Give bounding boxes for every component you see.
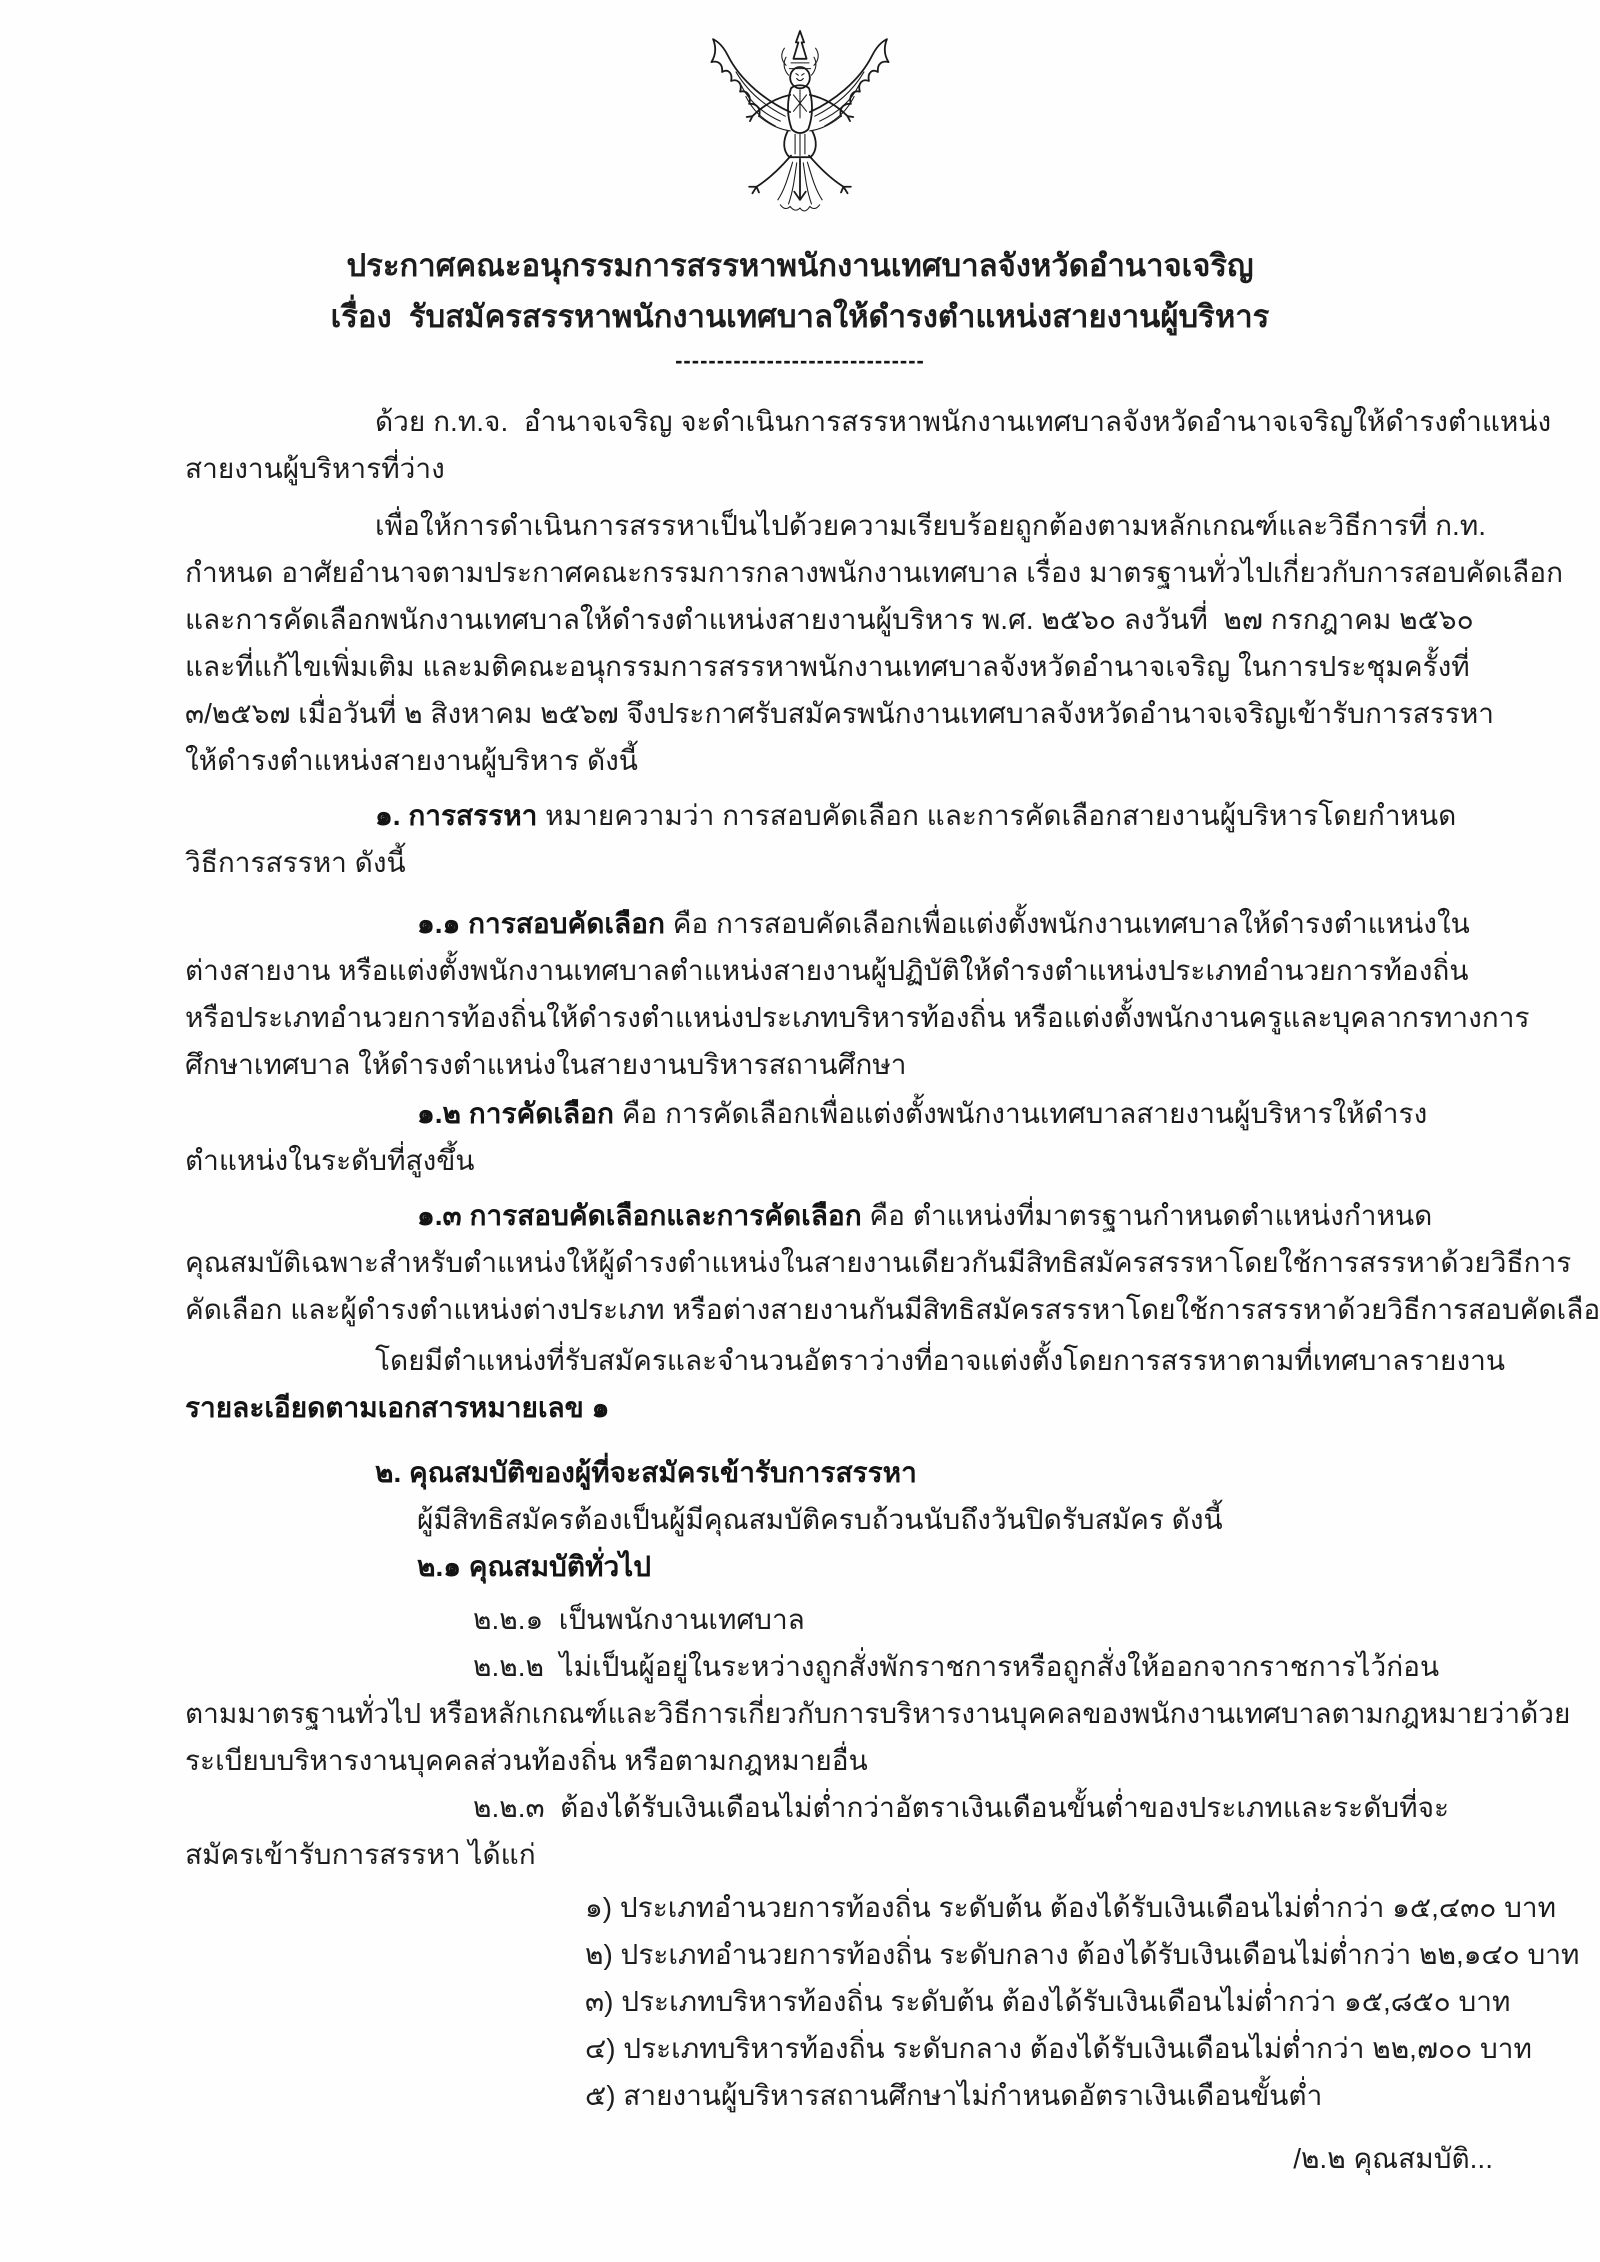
text-segment: คัดเลือก และผู้ดำรงตำแหน่งต่างประเภท หรื… <box>185 1294 1600 1325</box>
text-line: ตำแหน่งในระดับที่สูงขึ้น <box>185 1137 1504 1184</box>
text-segment: ๒.๒.๑ เป็นพนักงานเทศบาล <box>473 1604 805 1635</box>
subject-line: เรื่อง รับสมัครสรรหาพนักงานเทศบาลให้ดำรง… <box>0 291 1600 342</box>
text-line: ๒. คุณสมบัติของผู้ที่จะสมัครเข้ารับการสร… <box>185 1449 1504 1496</box>
text-segment: หรือประเภทอำนวยการท้องถิ่นให้ดำรงตำแหน่ง… <box>185 1002 1529 1033</box>
text-line: คุณสมบัติเฉพาะสำหรับตำแหน่งให้ผู้ดำรงตำแ… <box>185 1239 1504 1286</box>
text-segment: ให้ดำรงตำแหน่งสายงานผู้บริหาร ดังนี้ <box>185 745 638 776</box>
text-line: ระเบียบบริหารงานบุคคลส่วนท้องถิ่น หรือตา… <box>185 1737 1504 1784</box>
text-line: ผู้มีสิทธิสมัครต้องเป็นผู้มีคุณสมบัติครบ… <box>185 1496 1504 1543</box>
text-segment: หมายความว่า การสอบคัดเลือก และการคัดเลือ… <box>537 800 1456 831</box>
text-line: ๒.๒.๒ ไม่เป็นผู้อยู่ในระหว่างถูกสั่งพักร… <box>185 1643 1504 1690</box>
text-segment: และที่แก้ไขเพิ่มเติม และมติคณะอนุกรรมการ… <box>185 651 1470 682</box>
text-segment: ๒) ประเภทอำนวยการท้องถิ่น ระดับกลาง ต้อง… <box>585 1939 1580 1970</box>
text-segment: ต่างสายงาน หรือแต่งตั้งพนักงานเทศบาลตำแห… <box>185 955 1469 986</box>
text-segment: ศึกษาเทศบาล ให้ดำรงตำแหน่งในสายงานบริหาร… <box>185 1049 907 1080</box>
text-segment: ๒.๒.๓ ต้องได้รับเงินเดือนไม่ต่ำกว่าอัตรา… <box>473 1792 1449 1823</box>
text-segment: วิธีการสรรหา ดังนี้ <box>185 847 406 878</box>
text-segment: คือ การคัดเลือกเพื่อแต่งตั้งพนักงานเทศบา… <box>614 1098 1427 1129</box>
text-line: ๑) ประเภทอำนวยการท้องถิ่น ระดับต้น ต้องไ… <box>185 1884 1504 1931</box>
text-segment: คือ ตำแหน่งที่มาตรฐานกำหนดตำแหน่งกำหนด <box>862 1200 1433 1231</box>
bold-text-segment: ๑.๑ การสอบคัดเลือก <box>417 908 665 939</box>
bold-text-segment: ๑.๓ การสอบคัดเลือกและการคัดเลือก <box>417 1200 862 1231</box>
separator-dashes: ------------------------------ <box>0 346 1600 376</box>
text-segment: และการคัดเลือกพนักงานเทศบาลให้ดำรงตำแหน่… <box>185 604 1474 635</box>
garuda-emblem-icon <box>675 26 925 231</box>
text-segment: กำหนด อาศัยอำนาจตามประกาศคณะกรรมการกลางพ… <box>185 557 1563 588</box>
bold-text-segment: ๒.๑ คุณสมบัติทั่วไป <box>417 1551 651 1582</box>
bold-text-segment: ๑.๒ การคัดเลือก <box>417 1098 614 1129</box>
text-line: ๑. การสรรหา หมายความว่า การสอบคัดเลือก แ… <box>185 792 1504 839</box>
page-title: ประกาศคณะอนุกรรมการสรรหาพนักงานเทศบาลจัง… <box>0 240 1600 291</box>
text-line: ให้ดำรงตำแหน่งสายงานผู้บริหาร ดังนี้ <box>185 737 1504 784</box>
text-line: เพื่อให้การดำเนินการสรรหาเป็นไปด้วยความเ… <box>185 502 1504 549</box>
text-line: ๓) ประเภทบริหารท้องถิ่น ระดับต้น ต้องได้… <box>185 1978 1504 2025</box>
bold-text-segment: ๒. คุณสมบัติของผู้ที่จะสมัครเข้ารับการสร… <box>375 1457 917 1488</box>
text-line: ๑.๑ การสอบคัดเลือก คือ การสอบคัดเลือกเพื… <box>185 900 1504 947</box>
text-segment: ๕) สายงานผู้บริหารสถานศึกษาไม่กำหนดอัตรา… <box>585 2080 1322 2111</box>
bold-text-segment: รายละเอียดตามเอกสารหมายเลข ๑ <box>185 1392 609 1423</box>
text-line: สายงานผู้บริหารที่ว่าง <box>185 445 1504 492</box>
footer-continuation-note: /๒.๒ คุณสมบัติ... <box>0 2137 1600 2181</box>
text-line: หรือประเภทอำนวยการท้องถิ่นให้ดำรงตำแหน่ง… <box>185 994 1504 1041</box>
document-body: ด้วย ก.ท.จ. อำนาจเจริญ จะดำเนินการสรรหาพ… <box>0 376 1600 2119</box>
text-line: ๒.๑ คุณสมบัติทั่วไป <box>185 1543 1504 1590</box>
bold-text-segment: ๑. การสรรหา <box>375 800 537 831</box>
text-segment: ๔) ประเภทบริหารท้องถิ่น ระดับกลาง ต้องได… <box>585 2033 1532 2064</box>
text-line: ๒) ประเภทอำนวยการท้องถิ่น ระดับกลาง ต้อง… <box>185 1931 1504 1978</box>
text-line: ๔) ประเภทบริหารท้องถิ่น ระดับกลาง ต้องได… <box>185 2025 1504 2072</box>
document-header: ประกาศคณะอนุกรรมการสรรหาพนักงานเทศบาลจัง… <box>0 240 1600 342</box>
text-line: ๑.๒ การคัดเลือก คือ การคัดเลือกเพื่อแต่ง… <box>185 1090 1504 1137</box>
text-line: กำหนด อาศัยอำนาจตามประกาศคณะกรรมการกลางพ… <box>185 549 1504 596</box>
text-segment: ๓/๒๕๖๗ เมื่อวันที่ ๒ สิงหาคม ๒๕๖๗ จึงประ… <box>185 698 1494 729</box>
text-segment: ๑) ประเภทอำนวยการท้องถิ่น ระดับต้น ต้องไ… <box>585 1892 1556 1923</box>
text-segment: สายงานผู้บริหารที่ว่าง <box>185 453 445 484</box>
text-segment: ด้วย ก.ท.จ. อำนาจเจริญ จะดำเนินการสรรหาพ… <box>375 406 1551 437</box>
text-line: และที่แก้ไขเพิ่มเติม และมติคณะอนุกรรมการ… <box>185 643 1504 690</box>
text-segment: เพื่อให้การดำเนินการสรรหาเป็นไปด้วยความเ… <box>375 510 1486 541</box>
text-line: ต่างสายงาน หรือแต่งตั้งพนักงานเทศบาลตำแห… <box>185 947 1504 994</box>
text-segment: คือ การสอบคัดเลือกเพื่อแต่งตั้งพนักงานเท… <box>665 908 1470 939</box>
text-line: ด้วย ก.ท.จ. อำนาจเจริญ จะดำเนินการสรรหาพ… <box>185 398 1504 445</box>
text-segment: ๓) ประเภทบริหารท้องถิ่น ระดับต้น ต้องได้… <box>585 1986 1510 2017</box>
text-segment: ผู้มีสิทธิสมัครต้องเป็นผู้มีคุณสมบัติครบ… <box>417 1504 1223 1535</box>
text-segment: ตามมาตรฐานทั่วไป หรือหลักเกณฑ์และวิธีการ… <box>185 1698 1570 1729</box>
text-line: คัดเลือก และผู้ดำรงตำแหน่งต่างประเภท หรื… <box>185 1286 1504 1333</box>
text-line: ศึกษาเทศบาล ให้ดำรงตำแหน่งในสายงานบริหาร… <box>185 1041 1504 1088</box>
text-segment: ระเบียบบริหารงานบุคคลส่วนท้องถิ่น หรือตา… <box>185 1745 868 1776</box>
text-line: ตามมาตรฐานทั่วไป หรือหลักเกณฑ์และวิธีการ… <box>185 1690 1504 1737</box>
announcement-page: ประกาศคณะอนุกรรมการสรรหาพนักงานเทศบาลจัง… <box>0 0 1600 2262</box>
text-segment: ตำแหน่งในระดับที่สูงขึ้น <box>185 1145 475 1176</box>
text-line: ๒.๒.๓ ต้องได้รับเงินเดือนไม่ต่ำกว่าอัตรา… <box>185 1784 1504 1831</box>
text-line: โดยมีตำแหน่งที่รับสมัครและจำนวนอัตราว่าง… <box>185 1337 1504 1384</box>
text-line: ๓/๒๕๖๗ เมื่อวันที่ ๒ สิงหาคม ๒๕๖๗ จึงประ… <box>185 690 1504 737</box>
text-line: ๑.๓ การสอบคัดเลือกและการคัดเลือก คือ ตำแ… <box>185 1192 1504 1239</box>
text-segment: สมัครเข้ารับการสรรหา ได้แก่ <box>185 1839 536 1870</box>
text-line: และการคัดเลือกพนักงานเทศบาลให้ดำรงตำแหน่… <box>185 596 1504 643</box>
text-line: วิธีการสรรหา ดังนี้ <box>185 839 1504 886</box>
text-line: ๕) สายงานผู้บริหารสถานศึกษาไม่กำหนดอัตรา… <box>185 2072 1504 2119</box>
emblem-container <box>0 0 1600 236</box>
text-segment: คุณสมบัติเฉพาะสำหรับตำแหน่งให้ผู้ดำรงตำแ… <box>185 1247 1571 1278</box>
text-line: สมัครเข้ารับการสรรหา ได้แก่ <box>185 1831 1504 1878</box>
text-segment: ๒.๒.๒ ไม่เป็นผู้อยู่ในระหว่างถูกสั่งพักร… <box>473 1651 1439 1682</box>
text-segment: โดยมีตำแหน่งที่รับสมัครและจำนวนอัตราว่าง… <box>375 1345 1505 1376</box>
text-line: รายละเอียดตามเอกสารหมายเลข ๑ <box>185 1384 1504 1431</box>
text-line: ๒.๒.๑ เป็นพนักงานเทศบาล <box>185 1596 1504 1643</box>
